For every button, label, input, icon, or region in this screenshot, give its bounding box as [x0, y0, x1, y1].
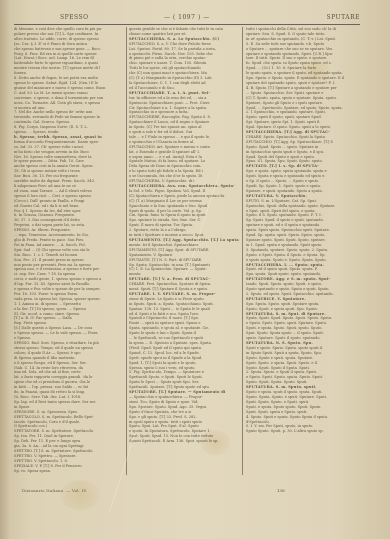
- scanned-page: SPESSO — ( 1097 ) — SPUTARE di Menone, e…: [0, 0, 390, 539]
- page-footer: Dizionario Italiano. — Vol. IV. 138: [14, 488, 360, 498]
- header-right-guideword: SPUTARE: [326, 14, 360, 21]
- header-left-guideword: SPESSO: [60, 14, 89, 21]
- footer-signature: 138: [277, 488, 285, 493]
- page-header: SPESSO — ( 1097 ) — SPUTARE: [14, 14, 360, 24]
- page-number: — ( 1097 ) —: [164, 14, 210, 21]
- text-column-3: tutte i sputacchi della Città, sul suo s…: [246, 27, 358, 475]
- text-column-2: questo gentile se che si è falsate che t…: [129, 27, 239, 475]
- column-divider: [126, 27, 127, 475]
- text-line: Sp. vo. Spesa spesa.: [14, 469, 124, 474]
- column-divider: [242, 27, 243, 475]
- header-rule: [14, 24, 360, 25]
- spine-shadow: [0, 0, 10, 539]
- text-line: (C) Sputacchiera e Sputo. piede la ancor…: [129, 194, 239, 199]
- text-line: Sputo Sputo. Sputi. p. 30. L'altra sputo…: [246, 429, 358, 434]
- text-column-1: di Menone, e così dice che quello caro f…: [14, 27, 124, 475]
- footer-volume: Dizionario Italiano. — Vol. IV.: [22, 488, 87, 493]
- text-line: Spuoti Spettacoli. E Arm. 136. Sput. spu…: [129, 439, 239, 444]
